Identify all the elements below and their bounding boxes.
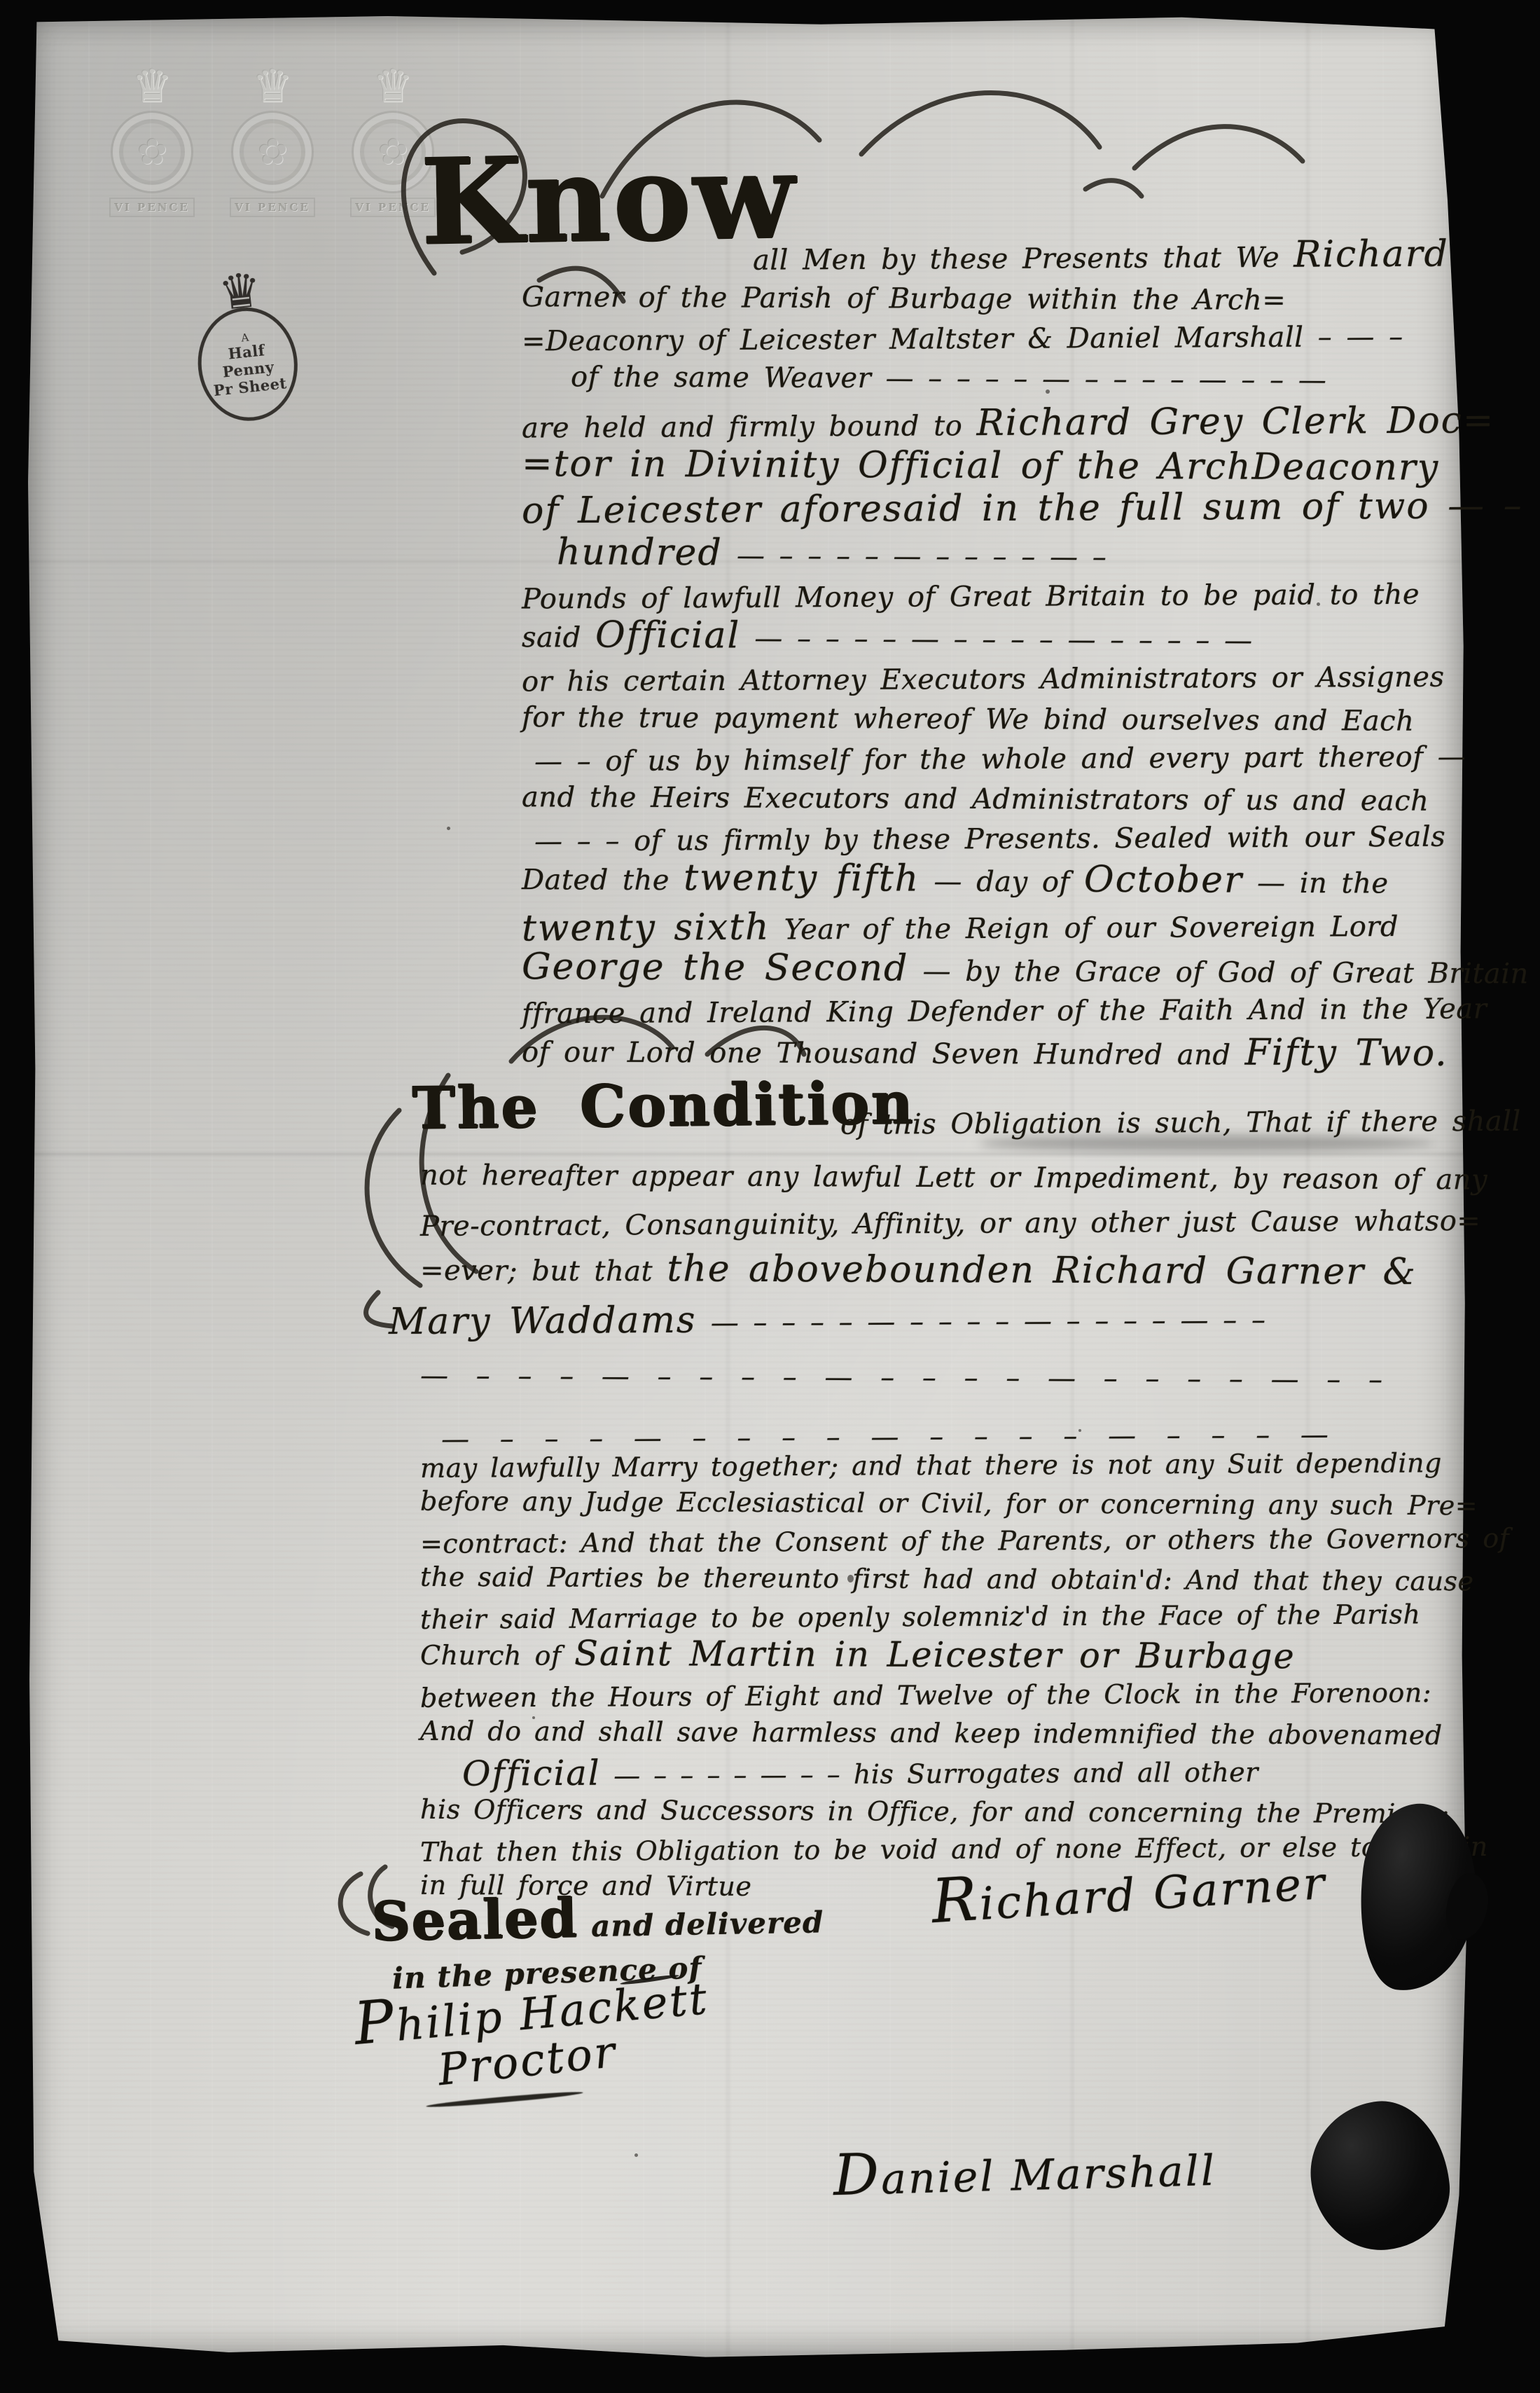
manuscript-line: of the same Weaver — – – – – — – – – – —… (571, 357, 1453, 401)
engrossed-text: — – of us by himself for the whole and e… (534, 740, 1466, 778)
manuscript-line: of this Obligation is such, That if ther… (420, 1098, 1457, 1150)
manuscript-line: and the Heirs Executors and Administrato… (522, 778, 1453, 822)
stamp-value-band: VI PENCE (230, 198, 315, 217)
inserted-text: Official (462, 1753, 601, 1794)
engrossed-text: for the true payment whereof We bind our… (522, 701, 1415, 738)
engrossed-text: — – – – – — – – – – — – (723, 539, 1107, 573)
engrossed-text: — – – – — – – – – — – – – – — – – – – — … (420, 1360, 1383, 1396)
manuscript-line: Garner of the Parish of Burbage within t… (522, 277, 1453, 322)
manuscript-line: for the true payment whereof We bind our… (522, 698, 1453, 742)
manuscript-line: =tor in Divinity Official of the ArchDea… (522, 444, 1453, 491)
manuscript-line: =contract: And that the Consent of the P… (420, 1519, 1457, 1563)
engrossed-text: their said Marriage to be openly solemni… (420, 1599, 1421, 1634)
manuscript-line: ffrance and Ireland King Defender of the… (522, 990, 1453, 1035)
engrossed-text: Dated the (522, 864, 684, 897)
engrossed-text: And do and shall save harmless and keep … (420, 1716, 1443, 1751)
engrossed-text: =Deaconry of Leicester Maltster & Daniel… (522, 321, 1403, 358)
manuscript-line: Pounds of lawfull Money of Great Britain… (522, 575, 1453, 620)
manuscript-line: may lawfully Marry together; and that th… (420, 1444, 1457, 1487)
engrossed-text: That then this Obligation to be void and… (420, 1831, 1488, 1868)
inserted-text: Saint Martin in Leicester or Burbage (574, 1633, 1296, 1676)
half-penny-duty-stamp: ♛ A Half Penny Pr Sheet (176, 264, 316, 427)
manuscript-line: his Officers and Successors in Office, f… (420, 1791, 1457, 1833)
engrossed-text: of this Obligation is such, That if ther… (840, 1105, 1521, 1141)
rosette-icon: ✿ (257, 131, 288, 173)
manuscript-line: or his certain Attorney Executors Admini… (522, 658, 1453, 703)
engrossed-text: or his certain Attorney Executors Admini… (522, 661, 1445, 698)
engrossed-text: are held and firmly bound to (522, 410, 977, 444)
engrossed-text: said (522, 621, 595, 654)
bond-paragraph: all Men by these Presents that We Richar… (522, 237, 1453, 1075)
manuscript-line: =ever; but that the abovebounden Richard… (420, 1245, 1457, 1298)
inserted-text: George the Second (522, 946, 909, 989)
engrossed-text: Pre-contract, Consanguinity, Affinity, o… (420, 1205, 1481, 1243)
engrossed-text: — in the (1243, 867, 1389, 900)
inserted-text: Official (595, 614, 740, 657)
engrossed-text: his Officers and Successors in Office, f… (420, 1794, 1449, 1829)
engrossed-text: all Men by these Presents that We (753, 242, 1294, 277)
engrossed-text: Pounds of lawfull Money of Great Britain… (522, 579, 1420, 616)
manuscript-line: George the Second — by the Grace of God … (522, 947, 1453, 994)
crown-icon: ♛ (226, 64, 319, 109)
engrossed-text: — – – of us firmly by these Presents. Se… (534, 821, 1445, 858)
manuscript-line: of Leicester aforesaid in the full sum o… (522, 487, 1453, 535)
inserted-text: =tor in Divinity Official of the ArchDea… (522, 443, 1439, 489)
manuscript-line: said Official — – – – – — – – – – — – – … (522, 615, 1453, 662)
manuscript-line: of our Lord one Thousand Seven Hundred a… (522, 1030, 1453, 1077)
inserted-text: the abovebounden Richard Garner & (667, 1248, 1417, 1293)
inserted-text: Richard Grey Clerk Doc= (976, 399, 1494, 444)
stamp-rosette-ring: ✿ (111, 111, 193, 193)
manuscript-line: Official — – – – – — – – his Surrogates … (462, 1749, 1457, 1795)
engrossed-text: ffrance and Ireland King Defender of the… (522, 993, 1487, 1030)
engrossed-text: =contract: And that the Consent of the P… (420, 1523, 1509, 1559)
manuscript-line: hundred — – – – – — – – – – — – (557, 532, 1453, 579)
ink-speck (447, 827, 450, 830)
engrossed-text: =ever; but that (420, 1255, 667, 1288)
engrossed-text: Church of (420, 1640, 574, 1671)
manuscript-line: before any Judge Ecclesiastical or Civil… (420, 1482, 1457, 1524)
engrossed-text: Garner of the Parish of Burbage within t… (522, 281, 1286, 317)
inserted-text: hundred (557, 531, 723, 574)
engrossed-text: before any Judge Ecclesiastical or Civil… (420, 1486, 1478, 1522)
condition-paragraph: of this Obligation is such, That if ther… (420, 1101, 1457, 1460)
inserted-text: of Leicester aforesaid in the full sum o… (522, 485, 1523, 532)
engrossed-text: — day of (920, 866, 1084, 899)
sealed-word: Sealed (370, 1887, 578, 1952)
engrossed-text: the said Parties be thereunto first had … (420, 1561, 1474, 1597)
obligor-signature-marshall: Daniel Marshall (833, 2133, 1217, 2209)
engrossed-text: — – – – – — – – – – — – – – – — – – (696, 1304, 1265, 1339)
manuscript-line: not hereafter appear any lawful Lett or … (420, 1152, 1457, 1203)
manuscript-line: Pre-contract, Consanguinity, Affinity, o… (420, 1198, 1457, 1250)
manuscript-line: their said Marriage to be openly solemni… (420, 1595, 1457, 1639)
engrossed-text: of our Lord one Thousand Seven Hundred a… (522, 1036, 1245, 1072)
inserted-text: October (1084, 859, 1243, 902)
manuscript-line: — – of us by himself for the whole and e… (534, 738, 1453, 782)
manuscript-line: =Deaconry of Leicester Maltster & Daniel… (522, 317, 1453, 362)
rosette-icon: ✿ (137, 131, 167, 173)
manuscript-line: Church of Saint Martin in Leicester or B… (420, 1634, 1457, 1678)
inserted-text: twenty sixth (522, 906, 770, 950)
attestation-line: Sealed and delivered (370, 1887, 824, 1948)
stamp-value-band: VI PENCE (109, 198, 195, 217)
engrossed-text: and the Heirs Executors and Administrato… (522, 781, 1429, 818)
manuscript-line: the said Parties be thereunto first had … (420, 1558, 1457, 1600)
engrossed-text: Year of the Reign of our Sovereign Lord (770, 911, 1399, 946)
engrossed-text: not hereafter appear any lawful Lett or … (420, 1159, 1487, 1196)
covenant-paragraph: may lawfully Marry together; and that th… (420, 1447, 1457, 1906)
inserted-text: Fifty Two. (1245, 1032, 1448, 1075)
engrossed-text: may lawfully Marry together; and that th… (420, 1447, 1442, 1484)
inserted-text: Mary Waddams (389, 1299, 697, 1343)
manuscript-line: are held and firmly bound to Richard Gre… (522, 401, 1453, 449)
engrossed-text: between the Hours of Eight and Twelve of… (420, 1677, 1431, 1713)
stamp-rosette-ring: ✿ (231, 111, 314, 193)
sealed-suffix: and delivered (591, 1905, 824, 1943)
crown-icon: ♛ (105, 64, 199, 109)
manuscript-line: — – – of us firmly by these Presents. Se… (534, 818, 1453, 862)
manuscript-line: — – – – — – – – – — – – – – — – – – – — … (420, 1353, 1457, 1403)
photograph-canvas: ♛ ✿ VI PENCE ♛ ✿ VI PENCE ♛ ✿ VI PENCE ♛… (0, 0, 1540, 2393)
engrossed-text: — – – – – — – – – – — – – – – — (740, 622, 1253, 656)
manuscript-line: Mary Waddams — – – – – — – – – – — – – –… (389, 1293, 1457, 1348)
ink-speck (634, 2153, 638, 2157)
manuscript-line: all Men by these Presents that We Richar… (522, 235, 1453, 282)
engrossed-text: — by the Grace of God of Great Britain (908, 956, 1529, 991)
duty-stamp-circle: A Half Penny Pr Sheet (193, 303, 303, 426)
manuscript-line: between the Hours of Eight and Twelve of… (420, 1674, 1457, 1717)
manuscript-line: Dated the twenty fifth — day of October … (522, 857, 1453, 904)
manuscript-line: twenty sixth Year of the Reign of our So… (522, 904, 1453, 952)
inserted-text: twenty fifth (684, 857, 920, 899)
engrossed-text: his Surrogates and all other (854, 1757, 1258, 1790)
engrossed-text: of the same Weaver — – – – – — – – – – —… (571, 361, 1326, 396)
embossed-stamp: ♛ ✿ VI PENCE (105, 64, 199, 217)
manuscript-line: And do and shall save harmless and keep … (420, 1712, 1457, 1754)
inserted-text: Richard (1293, 233, 1449, 276)
engrossed-text: — – – – – — – – (600, 1759, 853, 1791)
embossed-stamp: ♛ ✿ VI PENCE (226, 64, 319, 217)
